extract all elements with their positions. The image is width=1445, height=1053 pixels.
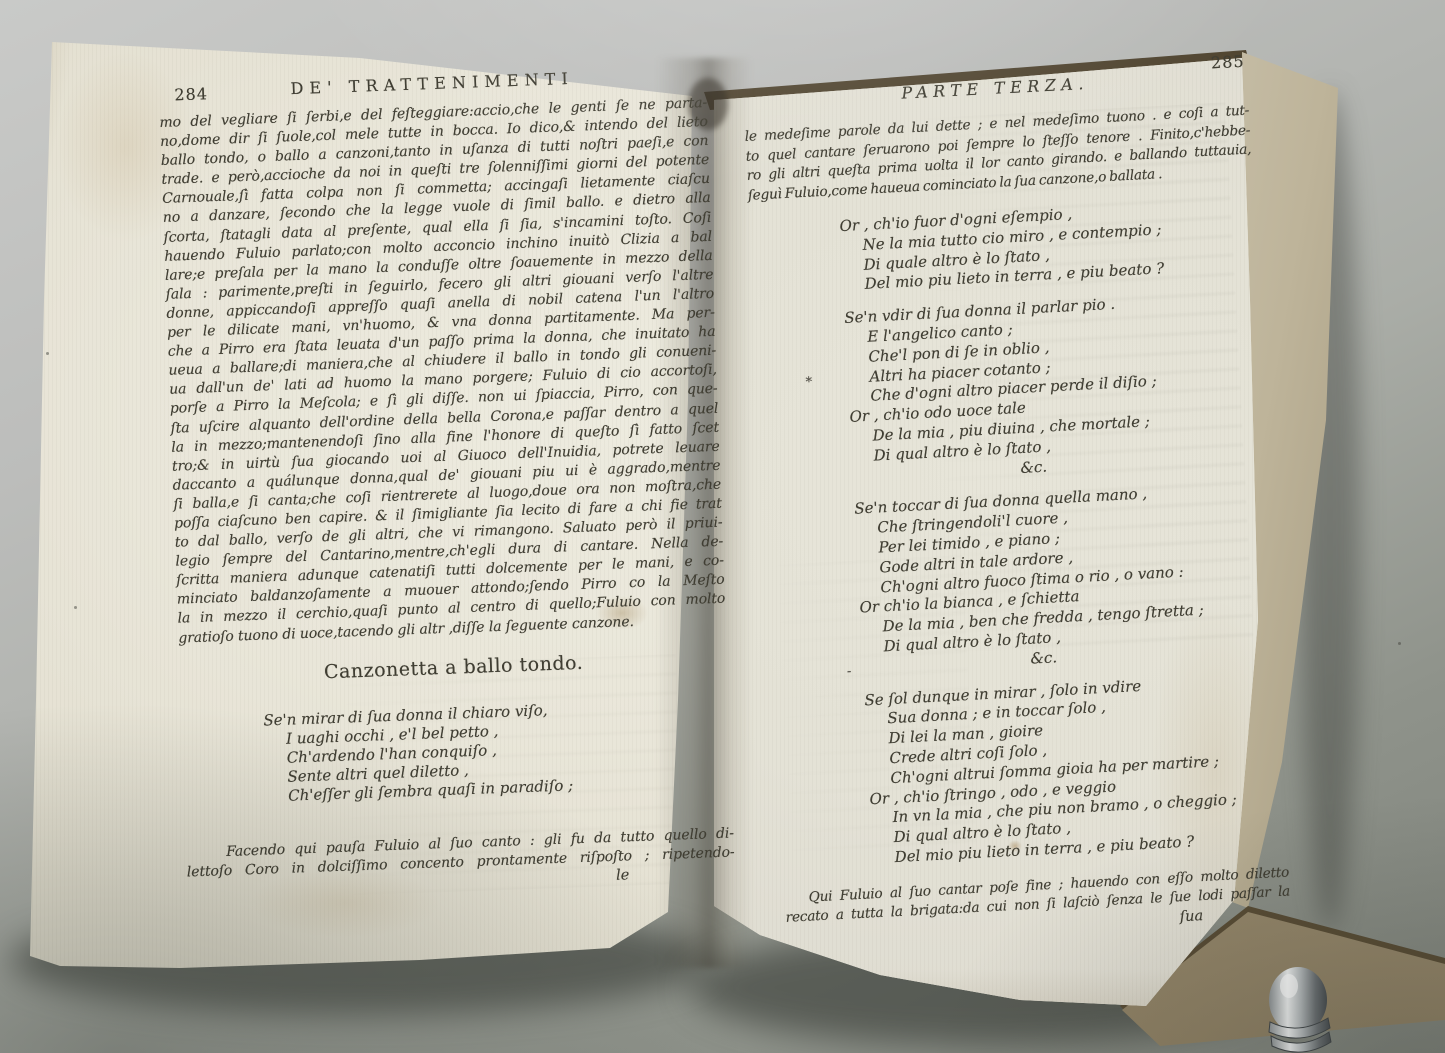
right-intro-text: le medeſime parole da lui dette ; e nel … xyxy=(744,102,1252,206)
book-photo: 284 DE' TRATTENIMENTI mo del vegliare ſi… xyxy=(0,0,1445,1053)
right-page-content: PARTE TERZA. 285 le medeſime parole da l… xyxy=(742,58,1291,946)
silver-finial-icon xyxy=(1262,966,1340,1053)
dust-speck xyxy=(1398,642,1401,645)
dust-speck xyxy=(74,606,77,609)
canzonetta-heading: Canzonetta a ballo tondo. xyxy=(179,646,727,688)
running-title-right: PARTE TERZA. xyxy=(742,66,1247,111)
manuscript-dash-mark: - xyxy=(847,664,852,679)
left-page-content: 284 DE' TRATTENIMENTI mo del vegliare ſi… xyxy=(158,64,736,899)
left-verse: Se'n mirar di ſua donna il chiaro viſo,I… xyxy=(181,694,732,810)
right-verse-stanzas: Or , ch'io fuor d'ogni eſempio ,Ne la mi… xyxy=(749,195,1287,873)
dust-speck xyxy=(46,352,49,355)
left-body-text: mo del vegliare ſi ſerbi,e del feſteggia… xyxy=(159,94,726,648)
brown-spot xyxy=(1304,906,1313,915)
page-number-right: 285 xyxy=(1210,52,1244,73)
manuscript-margin-mark: * xyxy=(805,375,812,390)
